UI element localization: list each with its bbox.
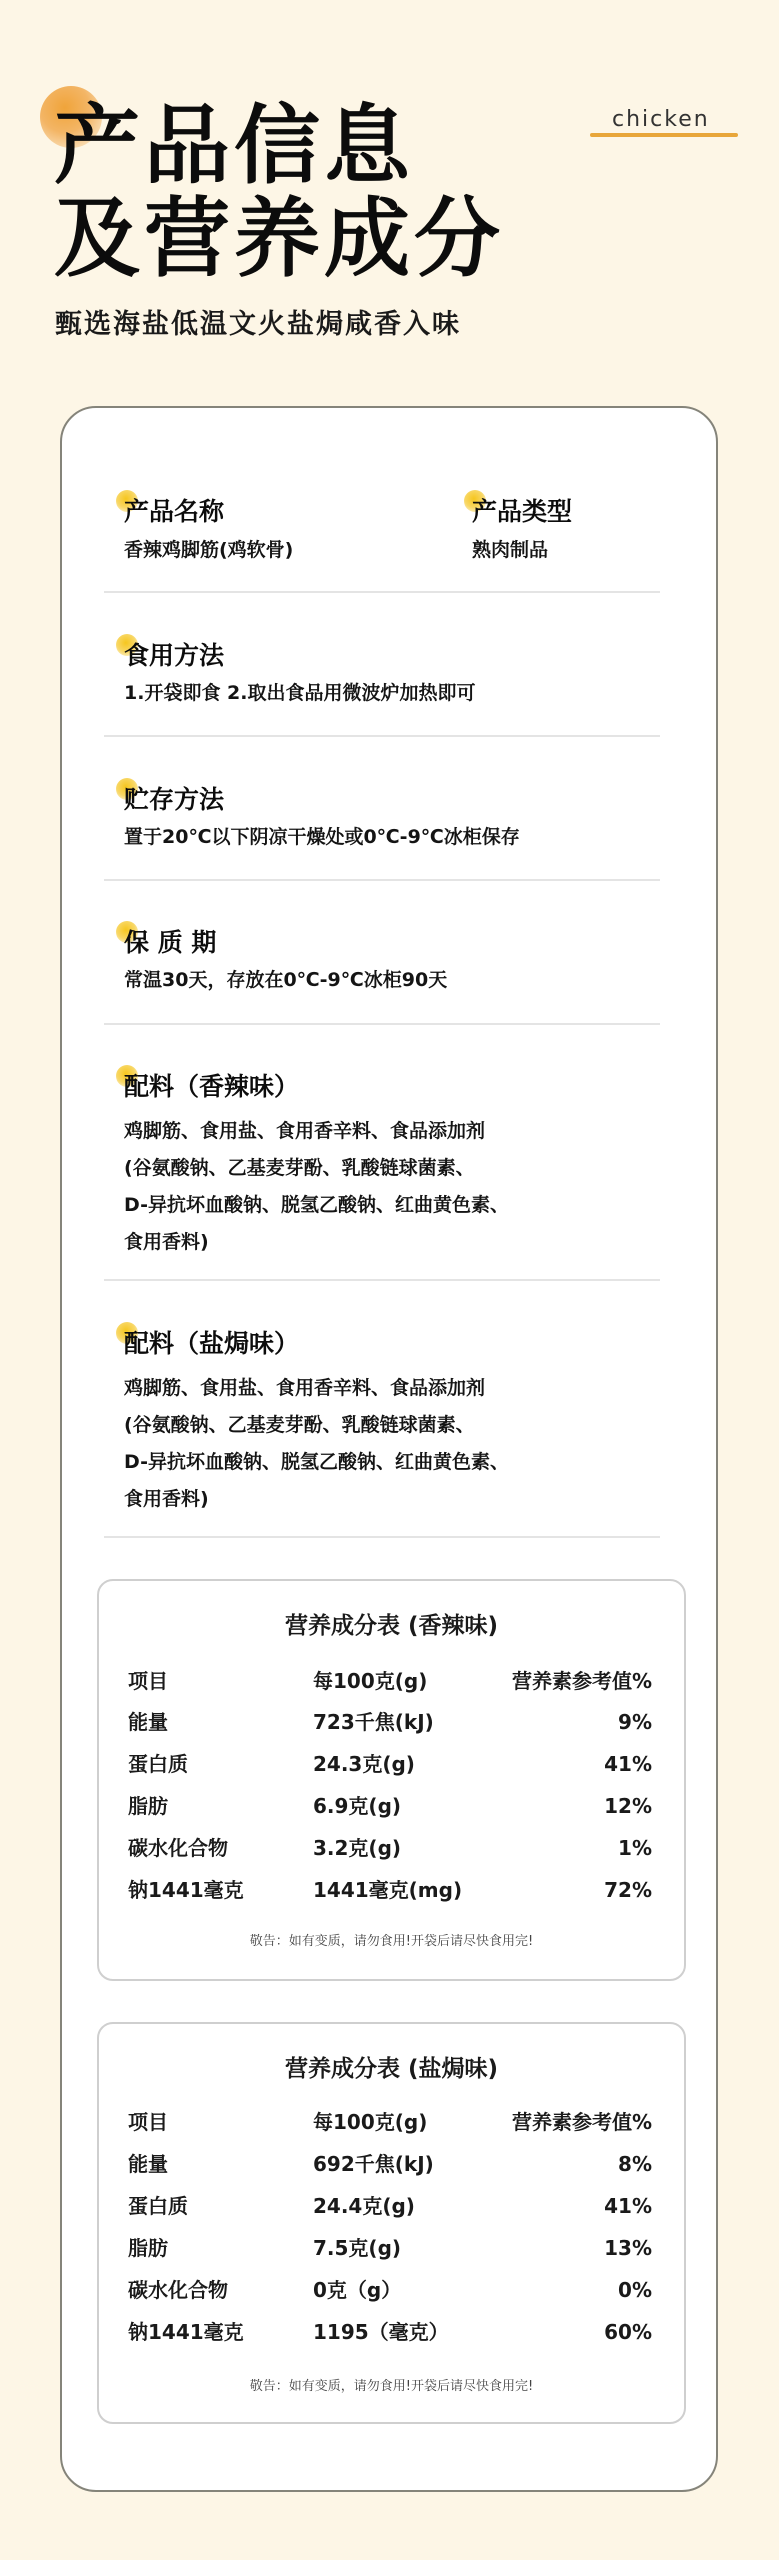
- table-row: 钠1441毫克 1195（毫克） 60%: [99, 2317, 684, 2347]
- table-row: 脂肪 7.5克(g) 13%: [99, 2233, 684, 2263]
- nutrition-table-header: 项目 每100克(g) 营养素参考值%: [99, 1666, 684, 1696]
- table-row: 脂肪 6.9克(g) 12%: [99, 1791, 684, 1821]
- nutrition-table-title: 营养成分表 (盐焗味): [99, 2054, 684, 2084]
- divider: [104, 735, 660, 737]
- divider: [104, 591, 660, 593]
- product-info-card: 产品名称 香辣鸡脚筋(鸡软骨) 产品类型 熟肉制品 食用方法 1.开袋即食 2.…: [60, 406, 718, 2492]
- page-subtitle: 甄选海盐低温文火盐焗咸香入味: [55, 308, 461, 342]
- section-heading-ingredients-salt: 配料（盐焗味）: [124, 1329, 299, 1359]
- shelf-life-value: 常温30天，存放在0℃-9℃冰柜90天: [124, 967, 447, 993]
- table-row: 碳水化合物 3.2克(g) 1%: [99, 1833, 684, 1863]
- table-row: 钠1441毫克 1441毫克(mg) 72%: [99, 1875, 684, 1905]
- warning-text: 敬告：如有变质，请勿食用!开袋后请尽快食用完!: [99, 1932, 684, 1952]
- category-tag: chicken: [590, 106, 738, 136]
- page-title-line-2: 及营养成分: [54, 196, 504, 282]
- section-heading-usage: 食用方法: [124, 641, 224, 671]
- section-heading-ingredients-spicy: 配料（香辣味）: [124, 1072, 299, 1102]
- divider: [104, 1023, 660, 1025]
- section-heading-product-name: 产品名称: [124, 497, 224, 527]
- table-row: 蛋白质 24.3克(g) 41%: [99, 1749, 684, 1779]
- table-row: 能量 723千焦(kJ) 9%: [99, 1707, 684, 1737]
- warning-text: 敬告：如有变质，请勿食用!开袋后请尽快食用完!: [99, 2377, 684, 2397]
- section-heading-shelf-life: 保 质 期: [124, 928, 216, 958]
- nutrition-table-title: 营养成分表 (香辣味): [99, 1611, 684, 1641]
- usage-value: 1.开袋即食 2.取出食品用微波炉加热即可: [124, 680, 476, 706]
- ingredients-salt-text: 鸡脚筋、食用盐、食用香辛料、食品添加剂 (谷氨酸钠、乙基麦芽酚、乳酸链球菌素、 …: [124, 1370, 509, 1518]
- nutrition-table-header: 项目 每100克(g) 营养素参考值%: [99, 2107, 684, 2137]
- section-heading-storage: 贮存方法: [124, 785, 224, 815]
- nutrition-table-spicy: 营养成分表 (香辣味) 项目 每100克(g) 营养素参考值% 能量 723千焦…: [97, 1579, 686, 1981]
- table-row: 碳水化合物 0克（g） 0%: [99, 2275, 684, 2305]
- divider: [104, 1536, 660, 1538]
- storage-value: 置于20℃以下阴凉干燥处或0℃-9℃冰柜保存: [124, 824, 520, 850]
- section-heading-product-type: 产品类型: [472, 497, 572, 527]
- page-title-line-1: 产品信息: [54, 103, 414, 189]
- table-row: 能量 692千焦(kJ) 8%: [99, 2149, 684, 2179]
- nutrition-table-salt: 营养成分表 (盐焗味) 项目 每100克(g) 营养素参考值% 能量 692千焦…: [97, 2022, 686, 2424]
- divider: [104, 879, 660, 881]
- table-row: 蛋白质 24.4克(g) 41%: [99, 2191, 684, 2221]
- product-name-value: 香辣鸡脚筋(鸡软骨): [124, 537, 293, 563]
- divider: [104, 1279, 660, 1281]
- ingredients-spicy-text: 鸡脚筋、食用盐、食用香辛料、食品添加剂 (谷氨酸钠、乙基麦芽酚、乳酸链球菌素、 …: [124, 1113, 509, 1261]
- tag-label: chicken: [612, 106, 710, 134]
- product-type-value: 熟肉制品: [472, 537, 548, 563]
